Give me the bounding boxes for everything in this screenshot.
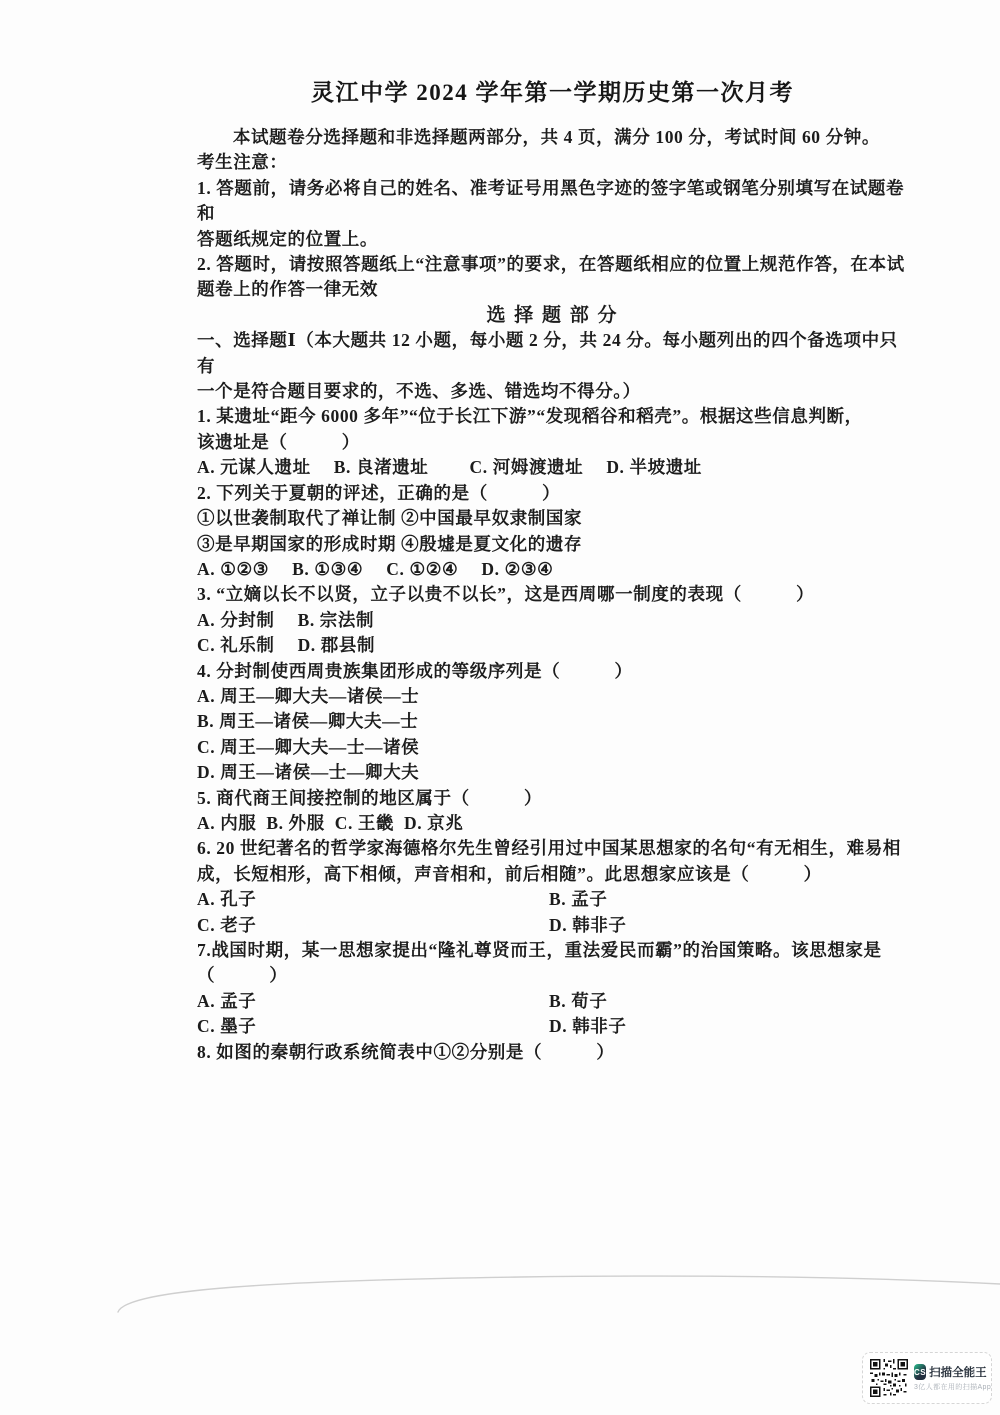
notice-1-line-2: 答题纸规定的位置上。 <box>197 227 908 252</box>
q6-options-ab-right: B. 孟子 <box>549 887 908 912</box>
watermark-text-block: CS 扫描全能王 3亿人都在用的扫描App <box>914 1364 984 1392</box>
scanned-exam-page: 灵江中学 2024 学年第一学期历史第一次月考 本试题卷分选择题和非选择题两部分… <box>0 0 1000 1415</box>
q5-options: A. 内服 B. 外服 C. 王畿 D. 京兆 <box>197 811 908 836</box>
q3-options-ab: A. 分封制 B. 宗法制 <box>197 608 908 633</box>
notice-2-line-2: 题卷上的作答一律无效 <box>197 277 908 302</box>
q6-options-cd-left: C. 老子 <box>197 913 549 938</box>
q4-option-b: B. 周王—诸侯—卿大夫—士 <box>197 709 908 734</box>
q4-stem: 4. 分封制使西周贵族集团形成的等级序列是（ ） <box>197 659 908 684</box>
q1-options: A. 元谋人遗址 B. 良渚遗址 C. 河姆渡遗址 D. 半坡遗址 <box>197 455 908 480</box>
watermark-brand-row: CS 扫描全能王 <box>914 1364 984 1380</box>
q6-options-ab-left: A. 孔子 <box>197 887 549 912</box>
q7-stem-line-2: （ ） <box>197 963 908 988</box>
section-heading: 选 择 题 部 分 <box>197 303 908 328</box>
section-1-desc-line-1: 一、选择题Ⅰ（本大题共 12 小题，每小题 2 分，共 24 分。每小题列出的四… <box>197 328 908 379</box>
camscanner-watermark: CS 扫描全能王 3亿人都在用的扫描App <box>862 1352 992 1404</box>
camscanner-logo-icon: CS <box>914 1364 926 1380</box>
notice-2-line-1: 2. 答题时，请按照答题纸上“注意事项”的要求，在答题纸相应的位置上规范作答，在… <box>197 252 908 277</box>
notice-heading: 考生注意： <box>197 150 908 175</box>
q2-item-3-4: ③是早期国家的形成时期 ④殷墟是夏文化的遗存 <box>197 532 908 557</box>
exam-intro: 本试题卷分选择题和非选择题两部分，共 4 页，满分 100 分，考试时间 60 … <box>197 125 908 150</box>
watermark-slogan: 3亿人都在用的扫描App <box>914 1382 984 1392</box>
q6-options-cd: C. 老子D. 韩非子 <box>197 913 908 938</box>
q6-options-cd-right: D. 韩非子 <box>549 913 908 938</box>
q7-options-ab-left: A. 孟子 <box>197 989 549 1014</box>
q7-options-cd-right: D. 韩非子 <box>549 1014 908 1039</box>
q7-options-ab: A. 孟子B. 荀子 <box>197 989 908 1014</box>
q1-stem-line-1: 1. 某遗址“距今 6000 多年”“位于长江下游”“发现稻谷和稻壳”。根据这些… <box>197 404 908 429</box>
q6-options-ab: A. 孔子B. 孟子 <box>197 887 908 912</box>
q3-stem: 3. “立嫡以长不以贤，立子以贵不以长”，这是西周哪一制度的表现（ ） <box>197 582 908 607</box>
q7-options-ab-right: B. 荀子 <box>549 989 908 1014</box>
q4-option-c: C. 周王—卿大夫—士—诸侯 <box>197 735 908 760</box>
q5-stem: 5. 商代商王间接控制的地区属于（ ） <box>197 786 908 811</box>
page-title: 灵江中学 2024 学年第一学期历史第一次月考 <box>197 74 908 107</box>
document-content: 灵江中学 2024 学年第一学期历史第一次月考 本试题卷分选择题和非选择题两部分… <box>0 0 1000 1065</box>
q8-stem: 8. 如图的秦朝行政系统简表中①②分别是（ ） <box>197 1040 908 1065</box>
q7-options-cd-left: C. 墨子 <box>197 1014 549 1039</box>
q6-stem-line-2: 成，长短相形，高下相倾，声音相和，前后相随”。此思想家应该是（ ） <box>197 862 908 887</box>
document-body: 本试题卷分选择题和非选择题两部分，共 4 页，满分 100 分，考试时间 60 … <box>197 125 908 1065</box>
q3-options-cd: C. 礼乐制 D. 郡县制 <box>197 633 908 658</box>
q4-option-d: D. 周王—诸侯—士—卿大夫 <box>197 760 908 785</box>
q7-stem-line-1: 7.战国时期，某一思想家提出“隆礼尊贤而王，重法爱民而霸”的治国策略。该思想家是 <box>197 938 908 963</box>
q2-stem: 2. 下列关于夏朝的评述，正确的是（ ） <box>197 481 908 506</box>
q6-stem-line-1: 6. 20 世纪著名的哲学家海德格尔先生曾经引用过中国某思想家的名句“有无相生，… <box>197 836 908 861</box>
qr-code-icon <box>870 1359 908 1397</box>
q1-stem-line-2: 该遗址是（ ） <box>197 430 908 455</box>
notice-1-line-1: 1. 答题前，请务必将自己的姓名、准考证号用黑色字迹的签字笔或钢笔分别填写在试题… <box>197 176 908 227</box>
q2-item-1-2: ①以世袭制取代了禅让制 ②中国最早奴隶制国家 <box>197 506 908 531</box>
watermark-app-name: 扫描全能王 <box>929 1364 987 1380</box>
q7-options-cd: C. 墨子D. 韩非子 <box>197 1014 908 1039</box>
q4-option-a: A. 周王—卿大夫—诸侯—士 <box>197 684 908 709</box>
paper-fold-line <box>0 1250 1000 1330</box>
q2-options: A. ①②③ B. ①③④ C. ①②④ D. ②③④ <box>197 557 908 582</box>
section-1-desc-line-2: 一个是符合题目要求的，不选、多选、错选均不得分。） <box>197 379 908 404</box>
